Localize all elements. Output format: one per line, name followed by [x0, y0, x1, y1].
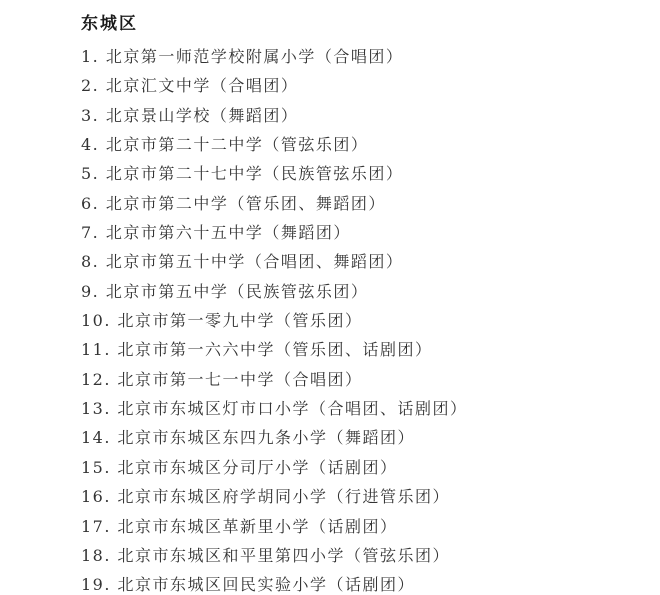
list-item: 14. 北京市东城区东四九条小学（舞蹈团） — [81, 423, 640, 452]
list-item: 6. 北京市第二中学（管乐团、舞蹈团） — [81, 189, 640, 218]
list-item: 3. 北京景山学校（舞蹈团） — [81, 101, 640, 130]
list-item: 10. 北京市第一零九中学（管乐团） — [81, 306, 640, 335]
list-item: 11. 北京市第一六六中学（管乐团、话剧团） — [81, 335, 640, 364]
list-item: 18. 北京市东城区和平里第四小学（管弦乐团） — [81, 541, 640, 570]
document-page: { "document": { "heading": "东城区", "items… — [0, 0, 660, 595]
list-item: 16. 北京市东城区府学胡同小学（行进管乐团） — [81, 482, 640, 511]
list-item: 12. 北京市第一七一中学（合唱团） — [81, 365, 640, 394]
list-item: 1. 北京第一师范学校附属小学（合唱团） — [81, 42, 640, 71]
list-item: 4. 北京市第二十二中学（管弦乐团） — [81, 130, 640, 159]
list-item: 2. 北京汇文中学（合唱团） — [81, 71, 640, 100]
list-item: 17. 北京市东城区革新里小学（话剧团） — [81, 512, 640, 541]
list-item: 19. 北京市东城区回民实验小学（话剧团） — [81, 570, 640, 595]
list-item: 7. 北京市第六十五中学（舞蹈团） — [81, 218, 640, 247]
list-item: 9. 北京市第五中学（民族管弦乐团） — [81, 277, 640, 306]
list-item: 13. 北京市东城区灯市口小学（合唱团、话剧团） — [81, 394, 640, 423]
document-body: 东城区 1. 北京第一师范学校附属小学（合唱团） 2. 北京汇文中学（合唱团） … — [0, 0, 660, 595]
list-item: 5. 北京市第二十七中学（民族管弦乐团） — [81, 159, 640, 188]
district-heading: 东城区 — [81, 13, 640, 35]
list-item: 8. 北京市第五十中学（合唱团、舞蹈团） — [81, 247, 640, 276]
school-list: 1. 北京第一师范学校附属小学（合唱团） 2. 北京汇文中学（合唱团） 3. 北… — [81, 42, 640, 595]
list-item: 15. 北京市东城区分司厅小学（话剧团） — [81, 453, 640, 482]
